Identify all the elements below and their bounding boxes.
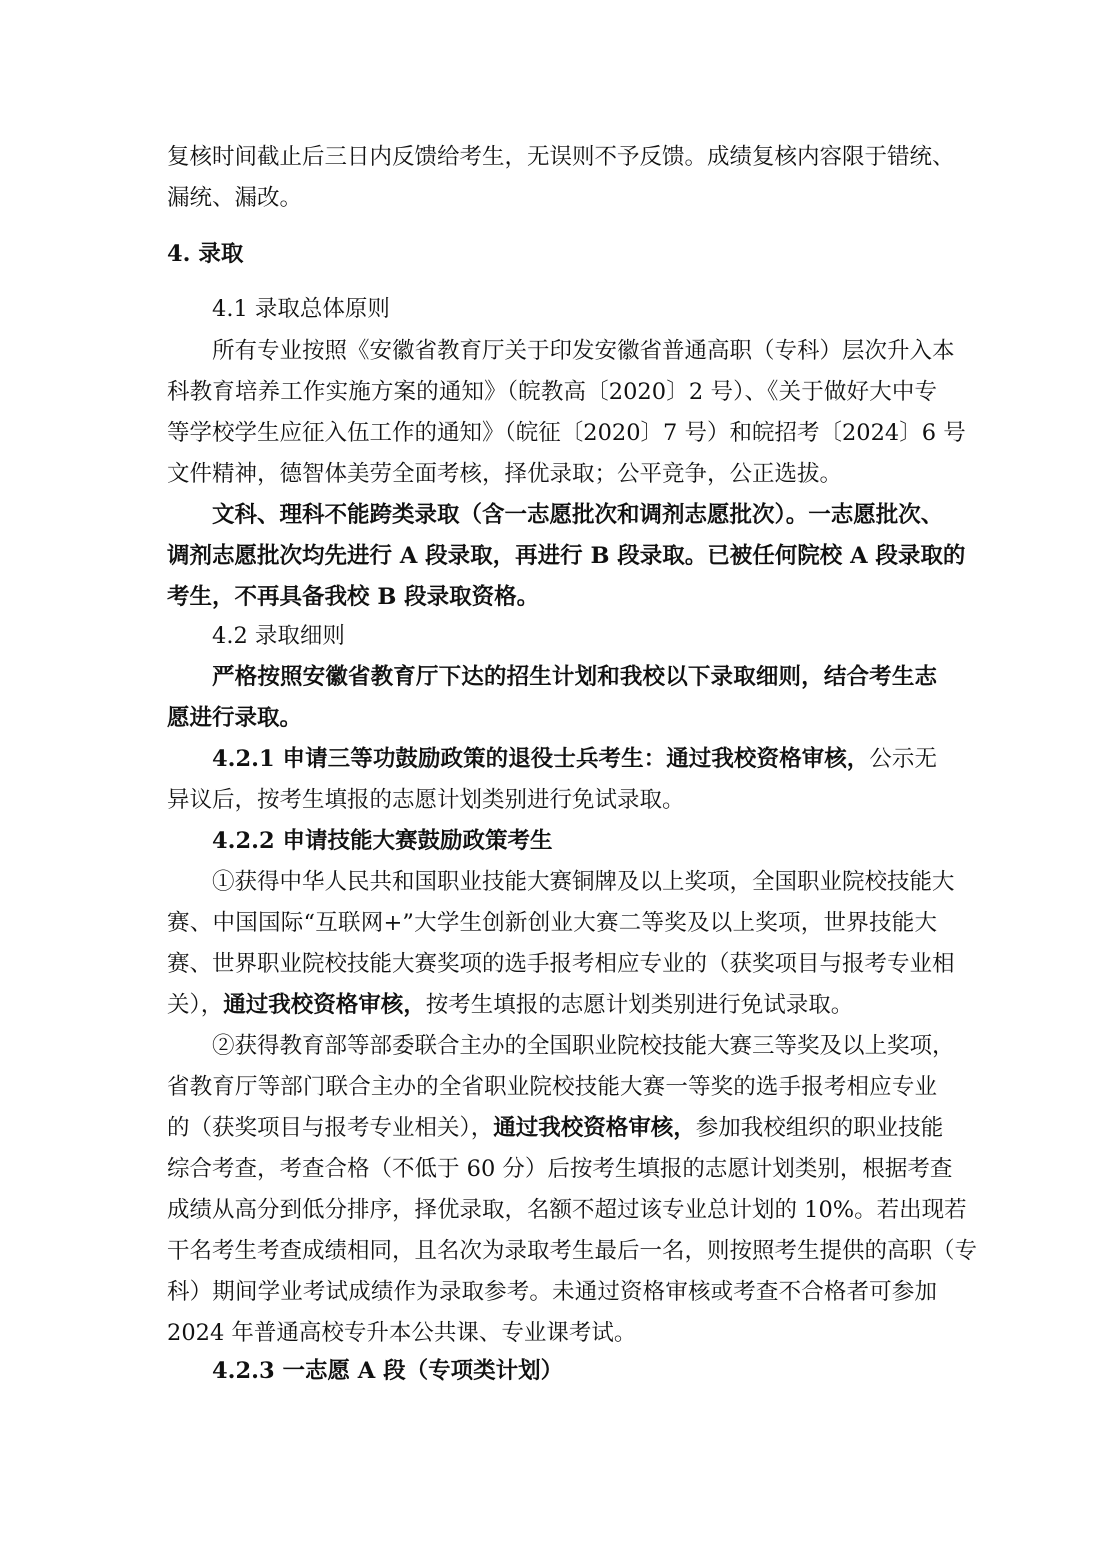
paragraph-line: 文件精神，德智体美劳全面考核，择优录取；公平竞争，公正选拔。	[167, 459, 842, 489]
bold-lead: 4.2.1 申请三等功鼓励政策的退役士兵考生：通过我校资格审核，	[212, 746, 869, 772]
bold-text: 通过我校资格审核，	[493, 1115, 696, 1141]
bold-paragraph-line: 愿进行录取。	[167, 703, 302, 733]
subsection-title-4-2: 4.2 录取细则	[212, 621, 345, 651]
bold-paragraph-line: 严格按照安徽省教育厅下达的招生计划和我校以下录取细则，结合考生志	[212, 662, 937, 692]
normal-text: 公示无	[869, 746, 937, 772]
paragraph-line: 赛、世界职业院校技能大赛奖项的选手报考相应专业的（获奖项目与报考专业相	[167, 949, 937, 979]
bold-paragraph-line: 文科、理科不能跨类录取（含一志愿批次和调剂志愿批次）。一志愿批次、	[212, 500, 937, 530]
paragraph-line: 所有专业按照《安徽省教育厅关于印发安徽省普通高职（专科）层次升入本	[212, 336, 937, 366]
paragraph-line: 赛、中国国际“互联网+”大学生创新创业大赛二等奖及以上奖项，世界技能大	[167, 908, 937, 938]
bold-paragraph-line: 考生，不再具备我校 B 段录取资格。	[167, 582, 539, 612]
paragraph-line: ①获得中华人民共和国职业技能大赛铜牌及以上奖项，全国职业院校技能大	[212, 867, 937, 897]
paragraph-line: 的（获奖项目与报考专业相关），通过我校资格审核，参加我校组织的职业技能	[167, 1113, 937, 1143]
paragraph-line: ②获得教育部等部委联合主办的全国职业院校技能大赛三等奖及以上奖项，	[212, 1031, 937, 1061]
section-heading-4: 4. 录取	[167, 239, 243, 269]
normal-text: 关），	[167, 992, 223, 1018]
paragraph-line: 科教育培养工作实施方案的通知》（皖教高〔2020〕2 号）、《关于做好大中专	[167, 377, 937, 407]
paragraph-line: 综合考查，考查合格（不低于 60 分）后按考生填报的志愿计划类别，根据考查	[167, 1154, 937, 1184]
item-4-2-1-line: 4.2.1 申请三等功鼓励政策的退役士兵考生：通过我校资格审核，公示无	[212, 744, 937, 774]
subsection-title-4-1: 4.1 录取总体原则	[212, 294, 390, 324]
paragraph-line: 关），通过我校资格审核，按考生填报的志愿计划类别进行免试录取。	[167, 990, 853, 1020]
normal-text: 按考生填报的志愿计划类别进行免试录取。	[426, 992, 854, 1018]
paragraph-line: 干名考生考查成绩相同，且名次为录取考生最后一名，则按照考生提供的高职（专	[167, 1236, 937, 1266]
paragraph-line: 省教育厅等部门联合主办的全省职业院校技能大赛一等奖的选手报考相应专业	[167, 1072, 937, 1102]
bold-text: 通过我校资格审核，	[223, 992, 426, 1018]
paragraph-line: 等学校学生应征入伍工作的通知》（皖征〔2020〕7 号）和皖招考〔2024〕6 …	[167, 418, 937, 448]
paragraph-line: 漏统、漏改。	[167, 183, 302, 213]
paragraph-line: 异议后，按考生填报的志愿计划类别进行免试录取。	[167, 785, 685, 815]
paragraph-line: 复核时间截止后三日内反馈给考生，无误则不予反馈。成绩复核内容限于错统、	[167, 142, 937, 172]
normal-text: 参加我校组织的职业技能	[696, 1115, 944, 1141]
subsection-title-4-2-3: 4.2.3 一志愿 A 段（专项类计划）	[212, 1356, 563, 1386]
paragraph-line: 2024 年普通高校专升本公共课、专业课考试。	[167, 1318, 636, 1348]
paragraph-line: 科）期间学业考试成绩作为录取参考。未通过资格审核或考查不合格者可参加	[167, 1277, 937, 1307]
bold-paragraph-line: 调剂志愿批次均先进行 A 段录取，再进行 B 段录取。已被任何院校 A 段录取的	[167, 541, 937, 571]
paragraph-line: 成绩从高分到低分排序，择优录取，名额不超过该专业总计划的 10%。若出现若	[167, 1195, 937, 1225]
subsection-title-4-2-2: 4.2.2 申请技能大赛鼓励政策考生	[212, 826, 552, 856]
normal-text: 的（获奖项目与报考专业相关），	[167, 1115, 493, 1141]
